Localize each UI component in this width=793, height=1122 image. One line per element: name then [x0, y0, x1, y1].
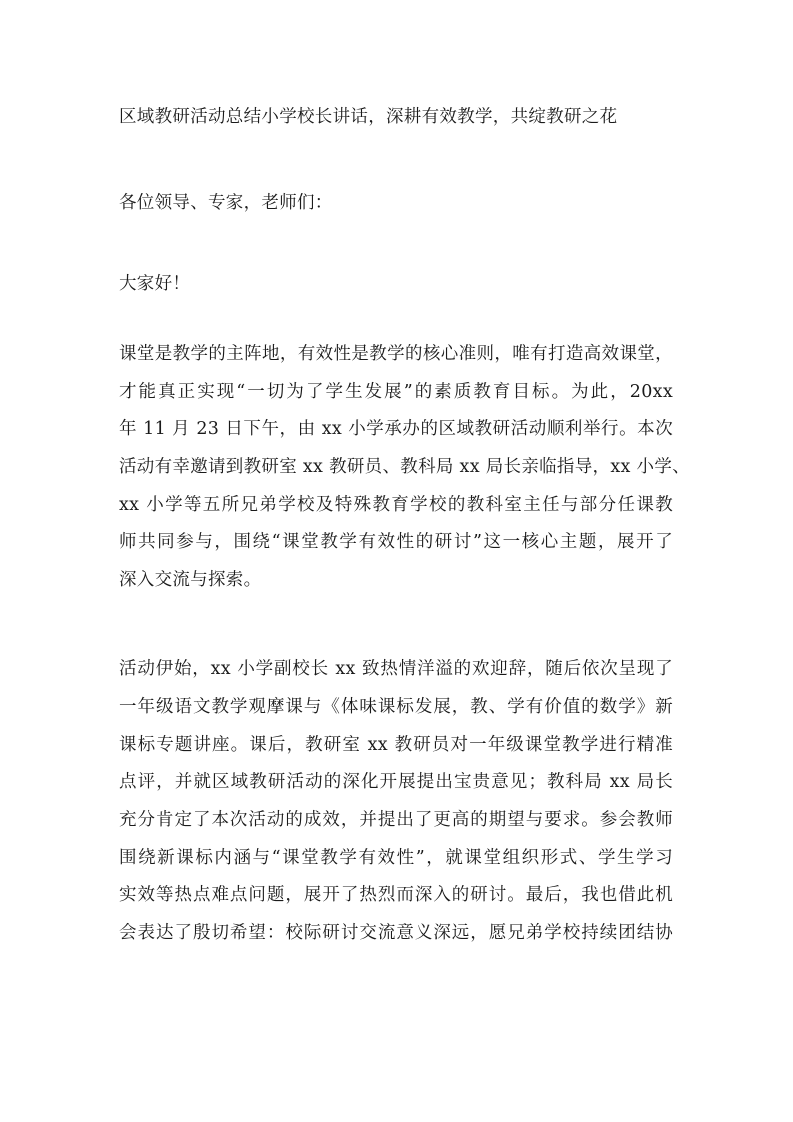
paragraph-line: 一年级语文教学观摩课与《体味课标发展，教、学有价值的数学》新 — [119, 696, 673, 718]
paragraph-line: 课标专题讲座。课后，教研室 xx 教研员对一年级课堂教学进行精准 — [119, 734, 673, 756]
document-page: 区域教研活动总结小学校长讲话，深耕有效教学，共绽教研之花 各位领导、专家，老师们… — [0, 0, 793, 1122]
paragraph-line: xx 小学等五所兄弟学校及特殊教育学校的教科室主任与部分任课教 — [119, 494, 673, 516]
paragraph-line: 才能真正实现“一切为了学生发展”的素质教育目标。为此，20xx — [119, 381, 673, 403]
paragraph-line: 师共同参与，围绕“课堂教学有效性的研讨”这一核心主题，展开了 — [119, 531, 673, 553]
salutation: 各位领导、专家，老师们： — [119, 192, 673, 214]
paragraph-line: 深入交流与探索。 — [119, 569, 673, 591]
paragraph-line: 点评，并就区域教研活动的深化开展提出宝贵意见；教科局 xx 局长 — [119, 771, 673, 793]
greeting: 大家好！ — [119, 273, 673, 295]
paragraph-line: 会表达了殷切希望：校际研讨交流意义深远，愿兄弟学校持续团结协 — [119, 922, 673, 944]
document-title: 区域教研活动总结小学校长讲话，深耕有效教学，共绽教研之花 — [119, 106, 673, 128]
paragraph-line: 围绕新课标内涵与“课堂教学有效性”，就课堂组织形式、学生学习 — [119, 847, 673, 869]
paragraph-line: 活动伊始，xx 小学副校长 xx 致热情洋溢的欢迎辞，随后依次呈现了 — [119, 658, 673, 680]
paragraph-line: 实效等热点难点问题，展开了热烈而深入的研讨。最后，我也借此机 — [119, 884, 673, 906]
paragraph-line: 年 11 月 23 日下午，由 xx 小学承办的区域教研活动顺利举行。本次 — [119, 418, 673, 440]
paragraph-line: 活动有幸邀请到教研室 xx 教研员、教科局 xx 局长亲临指导，xx 小学、 — [119, 456, 673, 478]
paragraph-line: 充分肯定了本次活动的成效，并提出了更高的期望与要求。参会教师 — [119, 809, 673, 831]
paragraph-line: 课堂是教学的主阵地，有效性是教学的核心准则，唯有打造高效课堂， — [119, 343, 673, 365]
